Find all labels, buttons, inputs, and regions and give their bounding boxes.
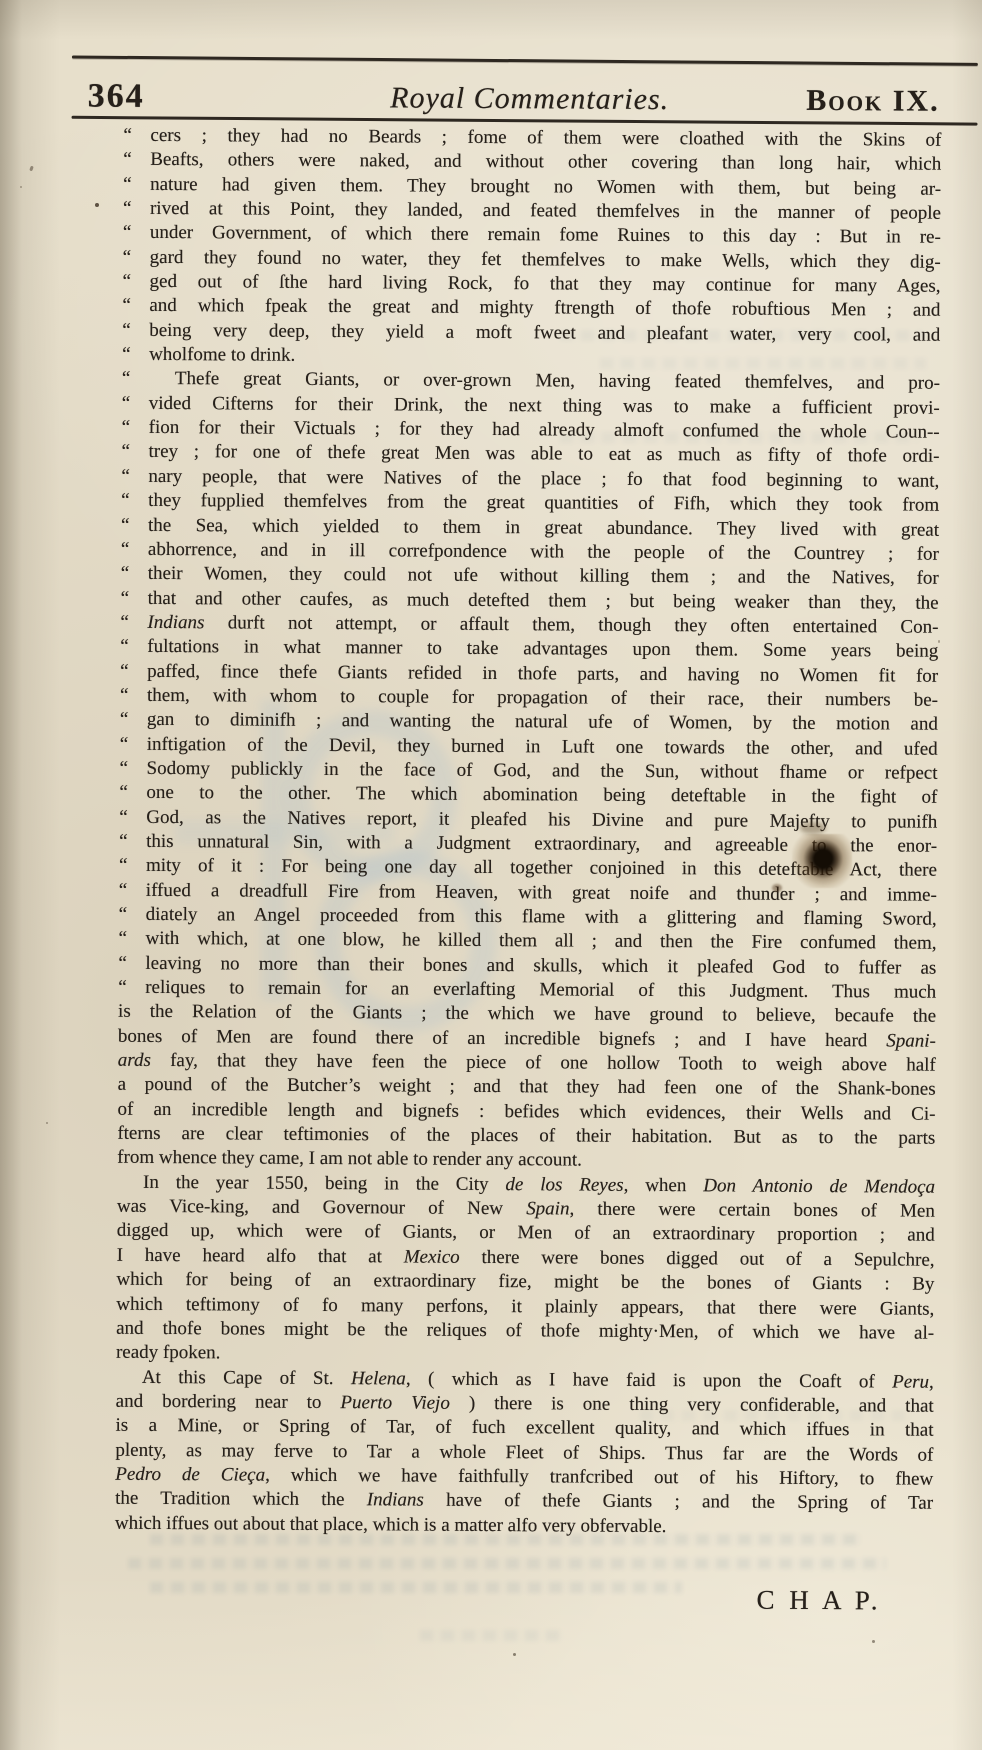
quotation-mark: “ <box>118 927 145 952</box>
scanned-book-page: { "header": { "page_number": "364", "tit… <box>0 0 982 1750</box>
quotation-mark: “ <box>120 659 147 684</box>
quotation-mark: “ <box>118 951 145 976</box>
quotation-mark: “ <box>119 781 146 806</box>
quotation-mark: “ <box>122 343 149 368</box>
quotation-mark: “ <box>121 586 148 611</box>
quotation-mark: “ <box>122 367 149 392</box>
quotation-mark: “ <box>121 465 148 490</box>
quotation-mark: “ <box>119 805 146 830</box>
quotation-mark: “ <box>121 440 148 465</box>
quotation-mark: “ <box>121 538 148 563</box>
quotation-mark: “ <box>119 830 146 855</box>
ink-blot-satellite <box>772 884 782 892</box>
line-text: which iffues out about that place, which… <box>115 1511 933 1540</box>
ink-blot-smear <box>800 822 826 834</box>
book-number: Book IX. <box>806 84 940 119</box>
quotation-mark: “ <box>120 708 147 733</box>
quotation-mark: “ <box>123 221 150 246</box>
quotation-mark: “ <box>122 294 149 319</box>
quotation-mark: “ <box>121 513 148 538</box>
quotation-mark: “ <box>122 318 149 343</box>
quotation-mark: “ <box>118 976 145 1001</box>
quotation-mark: “ <box>119 903 146 928</box>
quotation-mark: “ <box>123 124 150 149</box>
book-page: 364 Royal Commentaries. Book IX. “cers ;… <box>0 0 982 1750</box>
quotation-mark: “ <box>122 416 149 441</box>
quotation-mark: “ <box>120 684 147 709</box>
quotation-mark: “ <box>122 392 149 417</box>
quotation-mark: “ <box>123 148 150 173</box>
quotation-mark: “ <box>119 878 146 903</box>
page-content: 364 Royal Commentaries. Book IX. “cers ;… <box>0 0 982 1750</box>
quotation-mark: “ <box>119 854 146 879</box>
header-rule-top <box>72 55 978 65</box>
quotation-mark: “ <box>121 489 148 514</box>
text-line: which iffues out about that place, which… <box>115 1511 933 1540</box>
quotation-mark: “ <box>123 172 150 197</box>
catchword: C H A P. <box>756 1585 881 1617</box>
quotation-mark: “ <box>120 611 147 636</box>
quotation-mark: “ <box>122 270 149 295</box>
quotation-mark: “ <box>123 197 150 222</box>
quotation-mark: “ <box>123 245 150 270</box>
quotation-mark: “ <box>120 732 147 757</box>
quotation-mark: “ <box>121 562 148 587</box>
quotation-mark: “ <box>120 635 147 660</box>
quotation-mark: “ <box>119 757 146 782</box>
